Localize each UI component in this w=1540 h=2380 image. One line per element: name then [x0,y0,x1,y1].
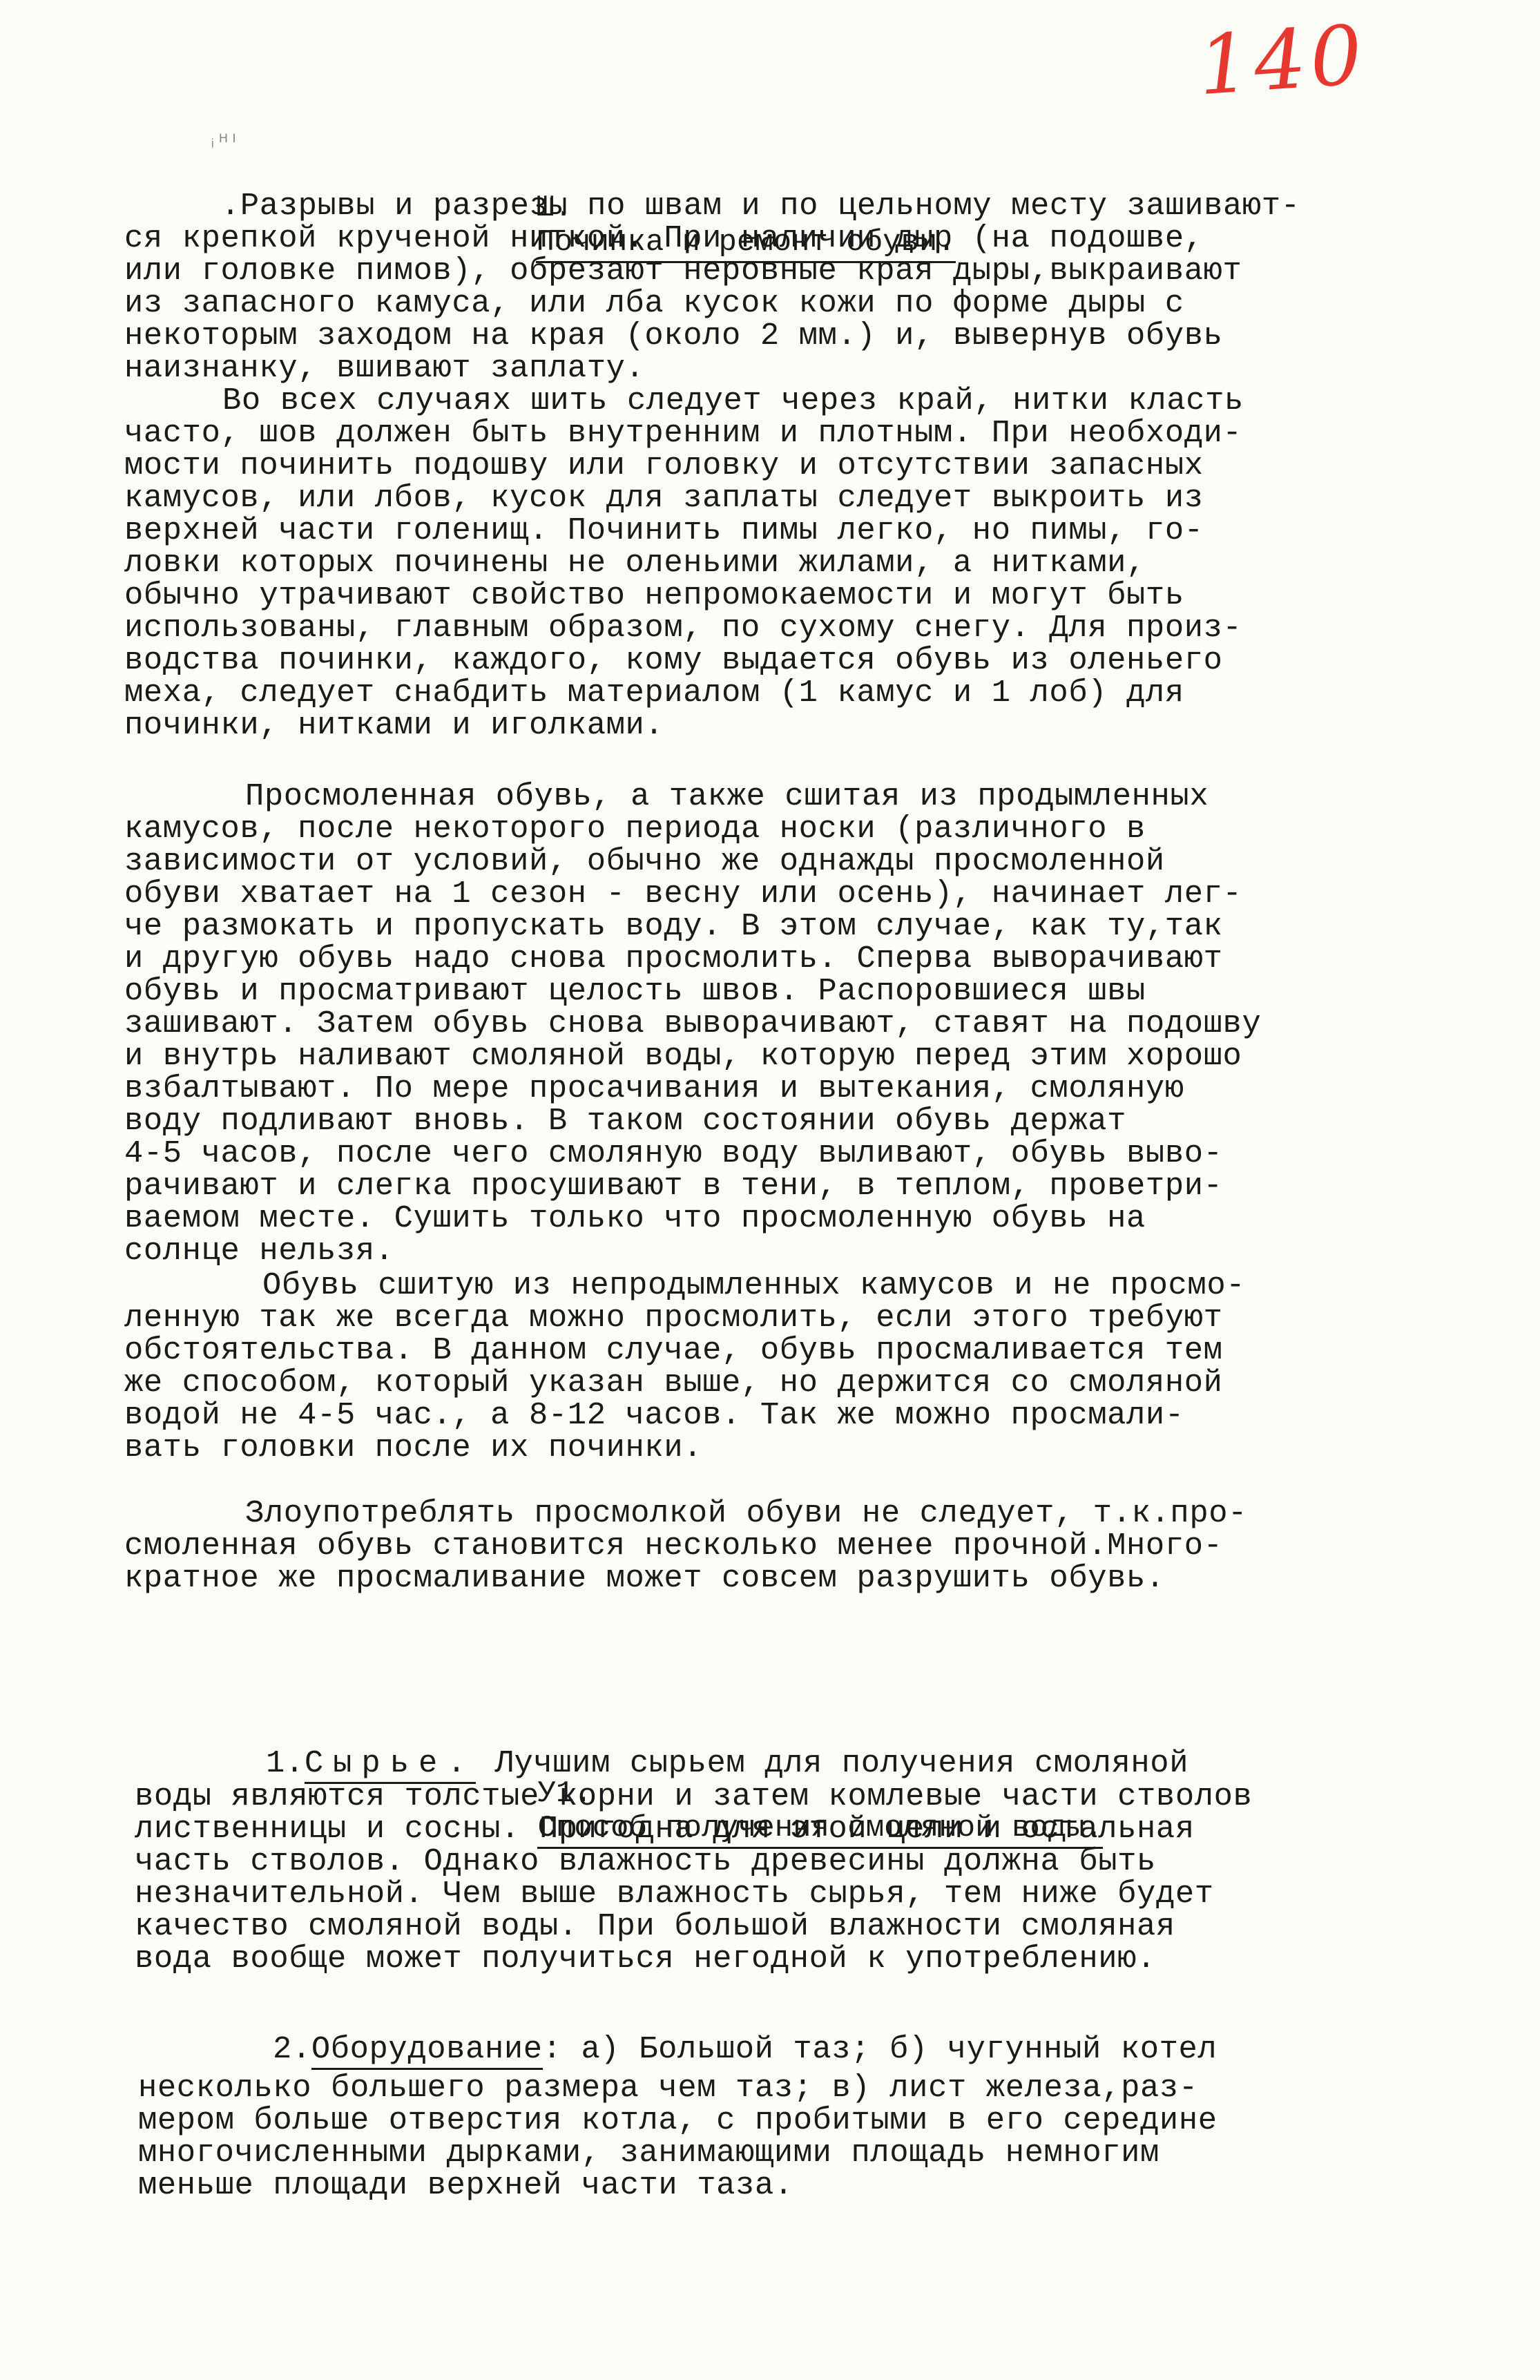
text-line: несколько большего размера чем таз; в) л… [138,2072,1198,2104]
item-1-number: 1. [266,1745,305,1781]
text-line: меха, следует снабдить материалом (1 кам… [124,677,1184,709]
text-line: зашивают. Затем обувь снова выворачивают… [124,1008,1261,1039]
text-line: починки, нитками и иголками. [124,709,664,741]
text-line: обуви хватает на 1 сезон - весну или осе… [124,878,1242,910]
text-line: воду подливают вновь. В таком состоянии … [124,1105,1126,1137]
text-line: вать головки после их починки. [124,1432,702,1463]
text-line: или головке пимов), обрезают неровные кр… [124,255,1242,287]
text-line: качество смоляной воды. При большой влаж… [135,1910,1175,1942]
text-line: и внутрь наливают смоляной воды, которую… [124,1040,1242,1072]
text-line: взбалтывают. По мере просачивания и выте… [124,1073,1184,1104]
text-line: воды являются толстые корни и затем комл… [135,1781,1252,1812]
text-line: и другую обувь надо снова просмолить. Сп… [124,943,1223,975]
text-line: обувь и просматривают целость швов. Расп… [124,975,1146,1007]
text-line: водства починки, каждого, кому выдается … [124,644,1223,676]
text-line: Обувь сшитую из непродымленных камусов и… [262,1269,1245,1301]
text-line: Во всех случаях шить следует через край,… [222,385,1244,416]
text-line: многочисленными дырками, занимающими пло… [138,2137,1159,2169]
text-line: .Разрывы и разрезы по швам и по цельному… [221,190,1300,222]
section-3-heading: Ш. Починка и ремонт обуви. [0,87,1540,191]
text-line: рачивают и слегка просушивают в тени, в … [124,1170,1223,1202]
text-line: наизнанку, вшивают заплату. [124,352,644,384]
text-line: мером больше отверстия котла, с пробитым… [138,2104,1217,2136]
text-line: ваемом месте. Сушить только что просмоле… [124,1202,1146,1234]
item-1-first-line: 1.Сырье. Лучшим сырьем для получения смо… [266,1747,1188,1779]
text-line: вода вообще может получиться негодной к … [135,1943,1156,1975]
item-1-text: Лучшим сырьем для получения смоляной [476,1745,1188,1781]
item-2-text: : а) Большой таз; б) чугунный котел [543,2031,1217,2067]
text-line: обстоятельства. В данном случае, обувь п… [124,1334,1223,1366]
text-line: обычно утрачивают свойство непромокаемос… [124,579,1184,611]
text-line: ленную так же всегда можно просмолить, е… [124,1302,1223,1334]
text-line: незначительной. Чем выше влажность сырья… [135,1878,1214,1910]
item-2-first-line: 2.Оборудование: а) Большой таз; б) чугун… [273,2033,1217,2065]
text-line: часть стволов. Однако влажность древесин… [135,1845,1156,1877]
text-line: верхней части голенищ. Починить пимы лег… [124,515,1204,546]
text-line: че размокать и пропускать воду. В этом с… [124,910,1223,942]
text-line: водой не 4-5 час., а 8-12 часов. Так же … [124,1399,1184,1431]
text-line: зависимости от условий, обычно же однажд… [124,845,1165,877]
document-page: 140 ᵢᴴᴵ Ш. Починка и ремонт обуви. .Разр… [0,0,1540,2380]
text-line: некоторым заходом на края (около 2 мм.) … [124,320,1223,352]
text-line: часто, шов должен быть внутренним и плот… [124,417,1242,449]
text-line: из запасного камуса, или лба кусок кожи … [124,287,1184,319]
text-line: смоленная обувь становится несколько мен… [124,1530,1223,1562]
text-line: Просмоленная обувь, а также сшитая из пр… [245,780,1209,812]
text-line: же способом, который указан выше, но дер… [124,1367,1223,1399]
text-line: камусов, или лбов, кусок для заплаты сле… [124,482,1204,514]
text-line: 4-5 часов, после чего смоляную воду выли… [124,1138,1223,1169]
text-line: ловки которых починены не оленьими жилам… [124,547,1146,579]
item-2-number: 2. [273,2031,311,2067]
text-line: лиственницы и сосны. Пригодна для этой ц… [135,1813,1195,1845]
text-line: Злоупотреблять просмолкой обуви не следу… [245,1497,1247,1529]
text-line: использованы, главным образом, по сухому… [124,612,1242,644]
item-2-label: Оборудование [311,2031,543,2070]
text-line: камусов, после некоторого периода носки … [124,813,1146,845]
text-line: солнце нельзя. [124,1235,394,1267]
text-line: мости починить подошву или головку и отс… [124,450,1204,481]
text-line: кратное же просмаливание может совсем ра… [124,1562,1165,1594]
text-line: ся крепкой крученой ниткой. При наличии … [124,222,1204,254]
text-line: меньше площади верхней части таза. [138,2169,793,2201]
